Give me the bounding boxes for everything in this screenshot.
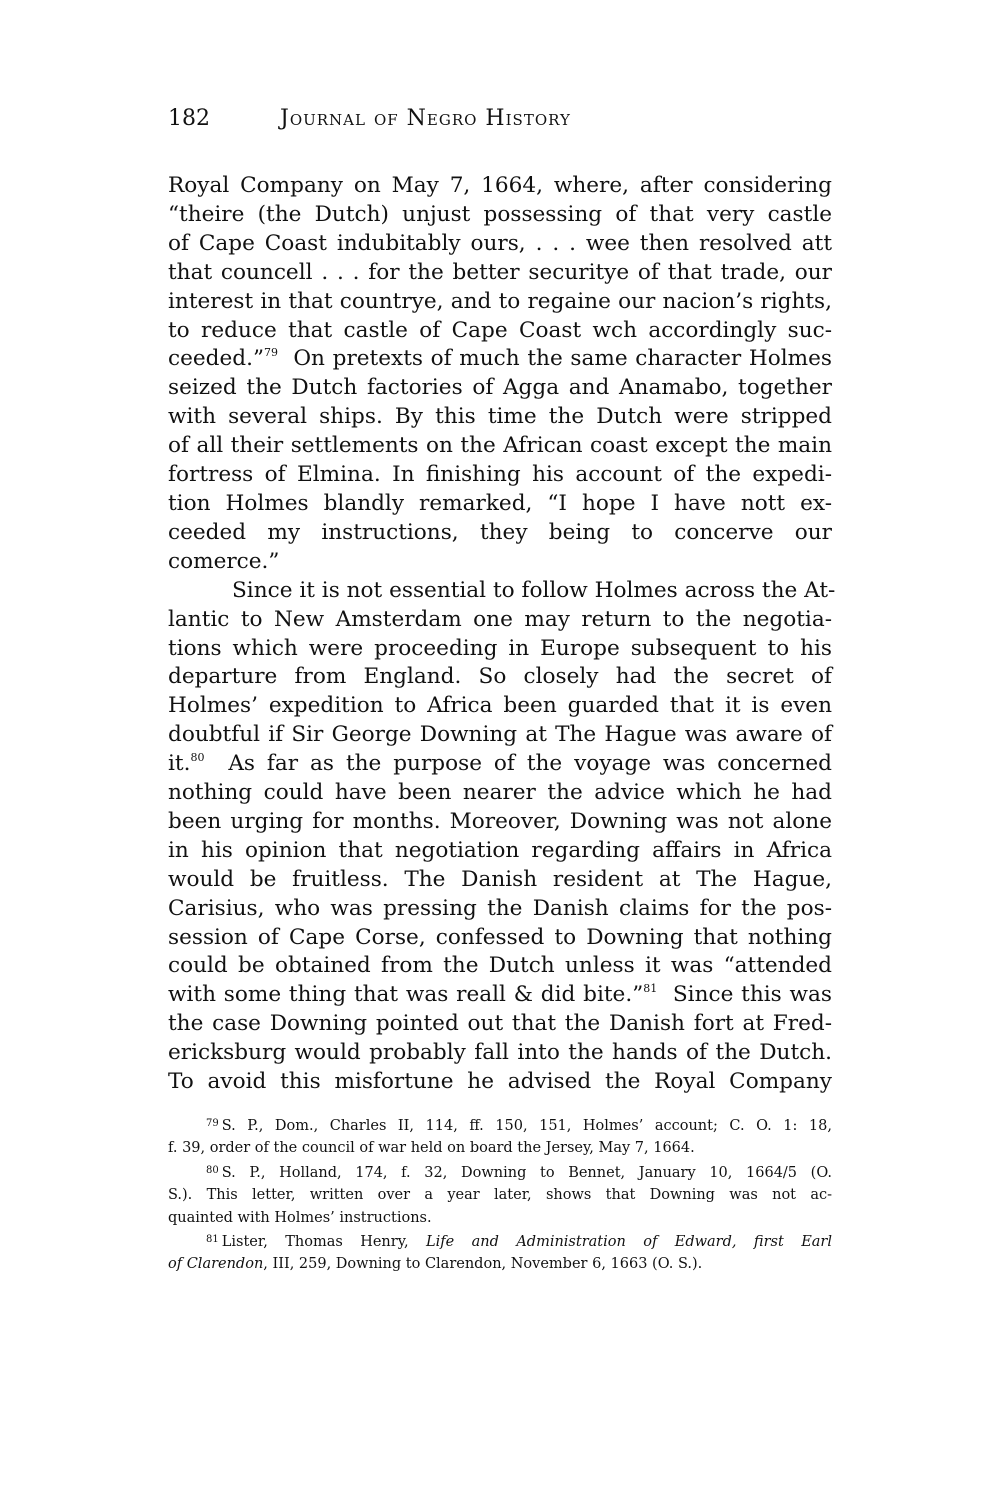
text-line: the case Downing pointed out that the Da… [168,1010,832,1039]
book-title: of Clarendon [168,1256,263,1272]
text-line: of Cape Coast indubitably ours, . . . we… [168,230,832,259]
footnote-80: 80S. P., Holland, 174, f. 32, Downing to… [168,1160,832,1229]
text-line: tion Holmes blandly remarked, “I hope I … [168,490,832,519]
footnotes: 79S. P., Dom., Charles II, 114, ff. 150,… [168,1113,832,1276]
book-title: Life and Administration of Edward, first… [426,1234,832,1250]
text-fragment: As far as the purpose of the voyage was … [228,751,832,776]
text-line: would be fruitless. The Danish resident … [168,866,832,895]
text-line: Since it is not essential to follow Holm… [168,577,832,606]
footnote-line: 80S. P., Holland, 174, f. 32, Downing to… [168,1160,832,1184]
text-line: with some thing that was reall & did bit… [168,981,832,1010]
text-line: nothing could have been nearer the advic… [168,779,832,808]
text-line: comerce.” [168,548,832,577]
footnote-text: S. P., Holland, 174, f. 32, Downing to B… [222,1165,832,1181]
text-line: Holmes’ expedition to Africa been guarde… [168,692,832,721]
text-line: session of Cape Corse, confessed to Down… [168,924,832,953]
footnote-line: 79S. P., Dom., Charles II, 114, ff. 150,… [168,1113,832,1137]
text-line: that councell . . . for the better secur… [168,259,832,288]
footnote-line: f. 39, order of the council of war held … [168,1137,832,1159]
footnote-text: Lister, Thomas Henry, [222,1234,426,1250]
text-line: tions which were proceeding in Europe su… [168,635,832,664]
text-line: lantic to New Amsterdam one may return t… [168,606,832,635]
page-number: 182 [168,106,210,132]
text-line: doubtful if Sir George Downing at The Ha… [168,721,832,750]
footnote-ref-81[interactable]: 81 [643,982,657,995]
footnote-text: , III, 259, Downing to Clarendon, Novemb… [263,1256,702,1272]
text-line: To avoid this misfortune he advised the … [168,1068,832,1097]
footnote-text: S. P., Dom., Charles II, 114, ff. 150, 1… [222,1118,832,1134]
footnote-line: quainted with Holmes’ instructions. [168,1207,832,1229]
text-fragment: with some thing that was reall & did bit… [168,982,643,1007]
footnote-line: S.). This letter, written over a year la… [168,1184,832,1206]
footnote-number: 81 [206,1234,219,1245]
text-line: it.80 As far as the purpose of the voyag… [168,750,832,779]
text-line: could be obtained from the Dutch unless … [168,952,832,981]
text-line: departure from England. So closely had t… [168,663,832,692]
text-line: interest in that countrye, and to regain… [168,288,832,317]
footnote-ref-79[interactable]: 79 [264,346,278,359]
text-fragment: On pretexts of much the same character H… [293,346,832,371]
text-line: to reduce that castle of Cape Coast wch … [168,317,832,346]
journal-title: Journal of Negro History [280,106,571,132]
footnote-number: 79 [206,1118,219,1129]
text-fragment: ceeded.” [168,346,264,371]
text-line: with several ships. By this time the Dut… [168,403,832,432]
text-line: seized the Dutch factories of Agga and A… [168,374,832,403]
footnote-line: 81Lister, Thomas Henry, Life and Adminis… [168,1229,832,1253]
footnote-81: 81Lister, Thomas Henry, Life and Adminis… [168,1229,832,1276]
body-text: Royal Company on May 7, 1664, where, aft… [168,172,832,1097]
text-line: “theire (the Dutch) unjust possessing of… [168,201,832,230]
text-line: ceeded.”79 On pretexts of much the same … [168,345,832,374]
text-line: fortress of Elmina. In finishing his acc… [168,461,832,490]
text-line: ceeded my instructions, they being to co… [168,519,832,548]
text-line: Carisius, who was pressing the Danish cl… [168,895,832,924]
text-line: ericksburg would probably fall into the … [168,1039,832,1068]
text-fragment: Since this was [673,982,832,1007]
text-line: Royal Company on May 7, 1664, where, aft… [168,172,832,201]
footnote-line: of Clarendon, III, 259, Downing to Clare… [168,1253,832,1275]
text-fragment: it. [168,751,190,776]
text-line: of all their settlements on the African … [168,432,832,461]
footnote-number: 80 [206,1165,219,1176]
footnote-ref-80[interactable]: 80 [190,751,204,764]
text-line: in his opinion that negotiation regardin… [168,837,832,866]
footnote-79: 79S. P., Dom., Charles II, 114, ff. 150,… [168,1113,832,1160]
text-line: been urging for months. Moreover, Downin… [168,808,832,837]
